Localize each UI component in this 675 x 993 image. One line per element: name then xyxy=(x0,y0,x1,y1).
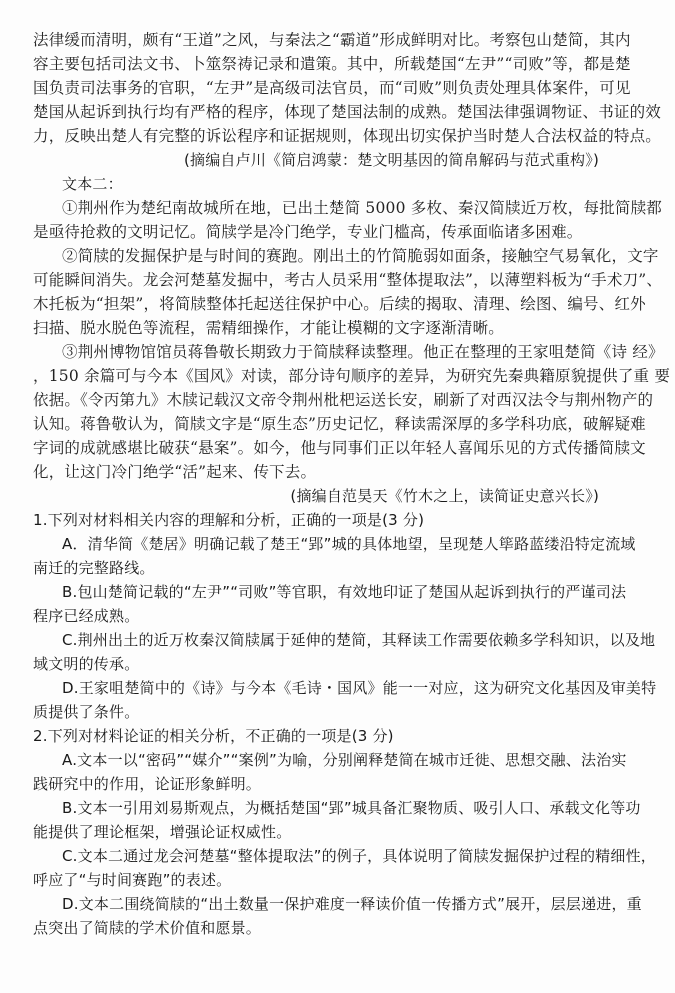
passage-line: 容主要包括司法文书、卜筮祭祷记录和遣策。其中，所载楚国“左尹”“司败”等，都是楚 xyxy=(33,52,599,76)
source-citation: (摘编自卢川《简启鸿蒙：楚文明基因的简帛解码与范式重构》) xyxy=(33,148,599,172)
option-b-cont: 能提供了理论框架，增强论证权威性。 xyxy=(33,820,599,844)
option-a: A.文本一以“密码”“媒介”“案例”为喻，分别阐释楚简在城市迁徙、思想交融、法治… xyxy=(62,748,599,772)
option-c-cont: 呼应了“与时间赛跑”的表述。 xyxy=(33,868,599,892)
passage-line: 字词的成就感堪比破获“悬案”。如今，他与同事们正以年轻人喜闻乐见的方式传播简牍文 xyxy=(33,436,599,460)
passage-line: 认知。蒋鲁敬认为，简牍文字是“原生态”历史记忆，释读需深厚的多学科功底，破解疑难 xyxy=(33,412,599,436)
option-c-cont: 域文明的传承。 xyxy=(33,652,599,676)
question-stem: 1.下列对材料相关内容的理解和分析，正确的一项是(3 分) xyxy=(33,508,599,532)
option-b: B.包山楚简记载的“左尹”“司败”等官职，有效地印证了楚国从起诉到执行的严谨司法 xyxy=(62,580,599,604)
option-a: A．清华简《楚居》明确记载了楚王“郢”城的具体地望，呈现楚人筚路蓝缕沿特定流域 xyxy=(62,532,599,556)
option-d-cont: 点突出了简牍的学术价值和愿景。 xyxy=(33,916,599,940)
option-b-cont: 程序已经成熟。 xyxy=(33,604,599,628)
question-stem: 2.下列对材料论证的相关分析，不正确的一项是(3 分) xyxy=(33,724,599,748)
passage-line: 可能瞬间消失。龙会河楚墓发掘中，考古人员采用“整体提取法”，以薄塑料板为“手术刀… xyxy=(33,268,599,292)
exam-page: 法律缓而清明，颇有“王道”之风，与秦法之“霸道”形成鲜明对比。考察包山楚简，其内… xyxy=(0,0,675,993)
passage-line: ①荆州作为楚纪南故城所在地，已出土楚简 5000 多枚、秦汉简牍近万枚，每批简牍… xyxy=(62,196,599,220)
passage-line: 木托板为“担架”，将简牍整体托起送往保护中心。后续的揭取、清理、绘图、编号、红外 xyxy=(33,292,599,316)
passage-line: ②简牍的发掘保护是与时间的赛跑。刚出土的竹简脆弱如面条，接触空气易氧化，文字 xyxy=(62,244,599,268)
passage-line: ③荆州博物馆馆员蒋鲁敬长期致力于简牍释读整理。他正在整理的王家咀楚简《诗 经》 xyxy=(62,340,599,364)
passage-line: 化，让这门冷门绝学“活”起来、传下去。 xyxy=(33,460,599,484)
source-citation: (摘编自范昊天《竹木之上，读简证史意兴长》) xyxy=(33,484,599,508)
passage-line: 力，反映出楚人有完整的诉讼程序和证据规则，体现出切实保护当时楚人合法权益的特点。 xyxy=(33,124,599,148)
option-c: C.文本二通过龙会河楚墓“整体提取法”的例子，具体说明了简牍发掘保护过程的精细性… xyxy=(62,844,599,868)
section-heading: 文本二： xyxy=(62,172,599,196)
option-c: C.荆州出土的近万枚秦汉简牍属于延伸的楚简，其释读工作需要依赖多学科知识，以及地 xyxy=(62,628,599,652)
passage-line: 扫描、脱水脱色等流程，需精细操作，才能让模糊的文字逐渐清晰。 xyxy=(33,316,599,340)
passage-line: 法律缓而清明，颇有“王道”之风，与秦法之“霸道”形成鲜明对比。考察包山楚简，其内 xyxy=(33,28,599,52)
passage-line: ，150 余篇可与今本《国风》对读，部分诗句顺序的差异，为研究先秦典籍原貌提供了… xyxy=(33,364,599,388)
option-b: B.文本一引用刘易斯观点，为概括楚国“郢”城具备汇聚物质、吸引人口、承载文化等功 xyxy=(62,796,599,820)
option-d-cont: 质提供了条件。 xyxy=(33,700,599,724)
passage-line: 国负责司法事务的官职，“左尹”是高级司法官员，而“司败”则负责处理具体案件，可见 xyxy=(33,76,599,100)
passage-line: 楚国从起诉到执行均有严格的程序，体现了楚国法制的成熟。楚国法律强调物证、书证的效 xyxy=(33,100,599,124)
option-d: D.王家咀楚简中的《诗》与今本《毛诗・国风》能一一对应，这为研究文化基因及审美特 xyxy=(62,676,599,700)
passage-line: 依据。《令丙第九》木牍记载汉文帝令荆州枇杷运送长安，刷新了对西汉法令与荆州物产的 xyxy=(33,388,599,412)
option-d: D.文本二围绕简牍的“出土数量一保护难度一释读价值一传播方式”展开，层层递进，重 xyxy=(62,892,599,916)
passage-line: 是亟待抢救的文明记忆。简牍学是冷门绝学，专业门槛高，传承面临诸多困难。 xyxy=(33,220,599,244)
option-a-cont: 践研究中的作用，论证形象鲜明。 xyxy=(33,772,599,796)
option-a-cont: 南迁的完整路线。 xyxy=(33,556,599,580)
